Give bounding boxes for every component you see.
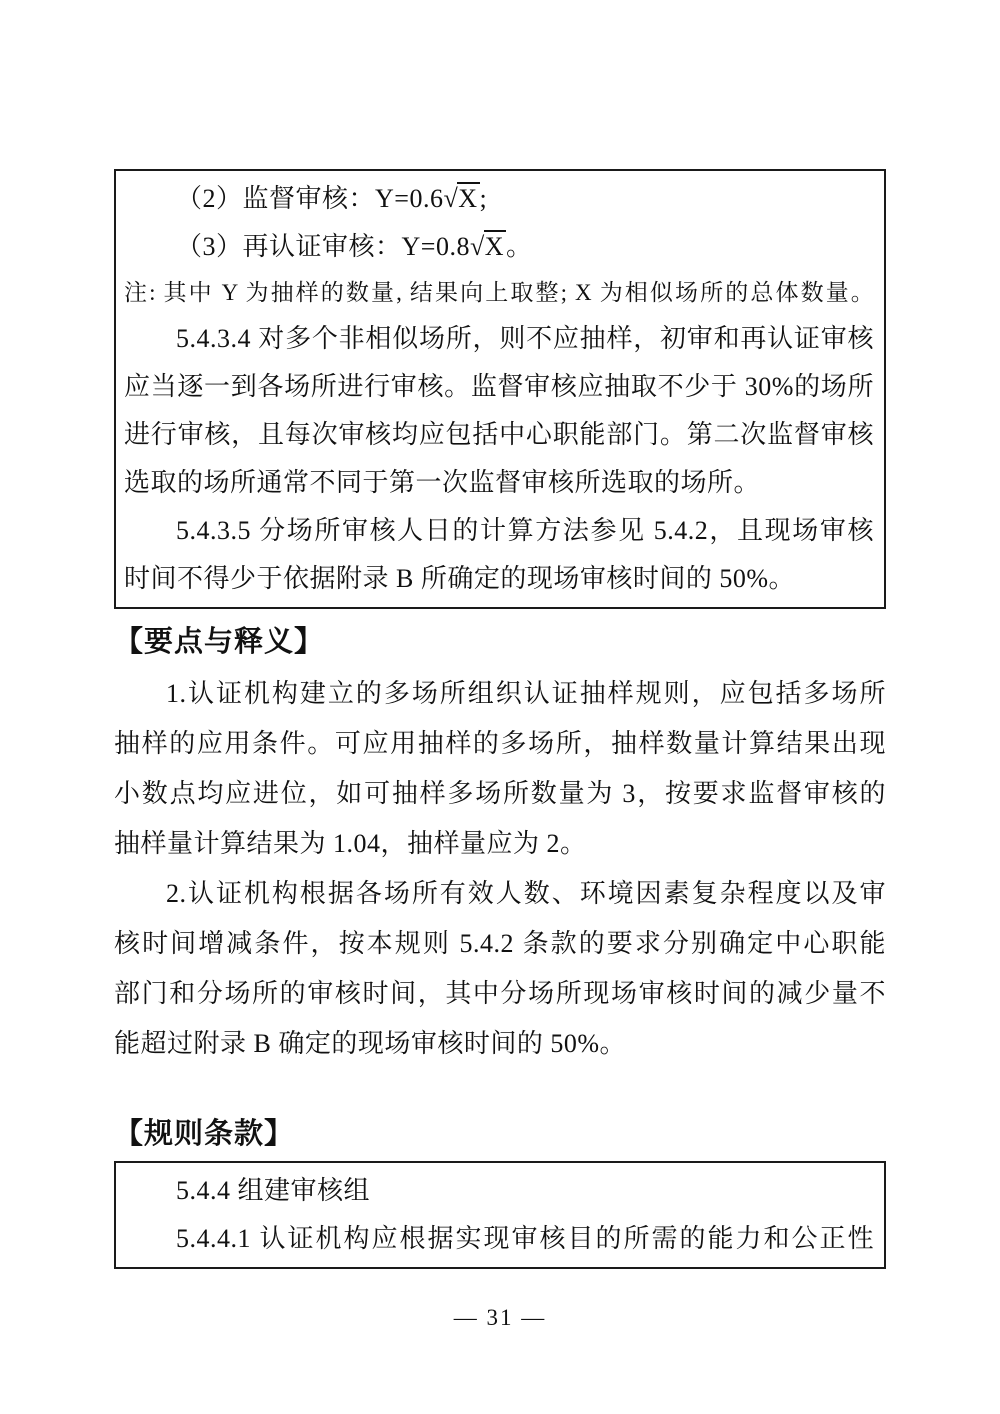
text-line: 5.4.4 组建审核组 [124,1167,874,1215]
key-point-1: 1.认证机构建立的多场所组织认证抽样规则，应包括多场所 抽样的应用条件。可应用抽… [114,669,886,869]
text-line: 1.认证机构建立的多场所组织认证抽样规则，应包括多场所 [114,669,886,719]
key-point-2: 2.认证机构根据各场所有效人数、环境因素复杂程度以及审 核时间增减条件，按本规则… [114,869,886,1069]
clause-box-sampling-rules: （2）监督审核：Y=0.6√X; （3）再认证审核：Y=0.8√X。 注: 其中… [114,169,886,609]
text-line: 5.4.3.5 分场所审核人日的计算方法参见 5.4.2，且现场审核 [124,507,874,555]
sqrt-radical: √X [470,232,506,261]
sqrt-radicand: X [484,230,506,261]
section-heading-key-points: 【要点与释义】 [114,621,886,663]
text-line: 小数点均应进位，如可抽样多场所数量为 3，按要求监督审核的 [114,769,886,819]
text-line: 抽样的应用条件。可应用抽样的多场所，抽样数量计算结果出现 [114,719,886,769]
formula-recertification-audit: （3）再认证审核：Y=0.8√X。 [124,223,874,271]
text-line: 时间不得少于依据附录 B 所确定的现场审核时间的 50%。 [124,555,874,603]
clause-box-audit-team: 5.4.4 组建审核组 5.4.4.1 认证机构应根据实现审核目的所需的能力和公… [114,1161,886,1269]
formula-prefix: （3）再认证审核：Y=0.8 [176,232,470,261]
text-line: 5.4.3.4 对多个非相似场所，则不应抽样，初审和再认证审核 [124,315,874,363]
text-line: 进行审核，且每次审核均应包括中心职能部门。第二次监督审核 [124,411,874,459]
sqrt-radicand: X [457,182,479,213]
page-number: — 31 — [114,1303,886,1333]
text-line: 5.4.4.1 认证机构应根据实现审核目的所需的能力和公正性 [124,1215,874,1263]
document-page: （2）监督审核：Y=0.6√X; （3）再认证审核：Y=0.8√X。 注: 其中… [114,0,886,1333]
text-line: 抽样量计算结果为 1.04，抽样量应为 2。 [114,819,886,869]
clause-5-4-3-4: 5.4.3.4 对多个非相似场所，则不应抽样，初审和再认证审核 应当逐一到各场所… [124,315,874,507]
clause-5-4-3-5: 5.4.3.5 分场所审核人日的计算方法参见 5.4.2，且现场审核 时间不得少… [124,507,874,603]
text-line: 核时间增减条件，按本规则 5.4.2 条款的要求分别确定中心职能 [114,919,886,969]
text-line: 能超过附录 B 确定的现场审核时间的 50%。 [114,1019,886,1069]
text-line: 2.认证机构根据各场所有效人数、环境因素复杂程度以及审 [114,869,886,919]
text-line: 应当逐一到各场所进行审核。监督审核应抽取不少于 30%的场所 [124,363,874,411]
note-line: 注: 其中 Y 为抽样的数量, 结果向上取整; X 为相似场所的总体数量。 [124,271,874,315]
formula-suffix: 。 [506,232,533,261]
key-points-body: 1.认证机构建立的多场所组织认证抽样规则，应包括多场所 抽样的应用条件。可应用抽… [114,669,886,1069]
text-line: 部门和分场所的审核时间，其中分场所现场审核时间的减少量不 [114,969,886,1019]
section-heading-rule-clauses: 【规则条款】 [114,1113,886,1155]
formula-suffix: ; [480,184,488,213]
text-line: 选取的场所通常不同于第一次监督审核所选取的场所。 [124,459,874,507]
sqrt-radical: √X [443,184,479,213]
formula-surveillance-audit: （2）监督审核：Y=0.6√X; [124,175,874,223]
formula-prefix: （2）监督审核：Y=0.6 [176,184,443,213]
